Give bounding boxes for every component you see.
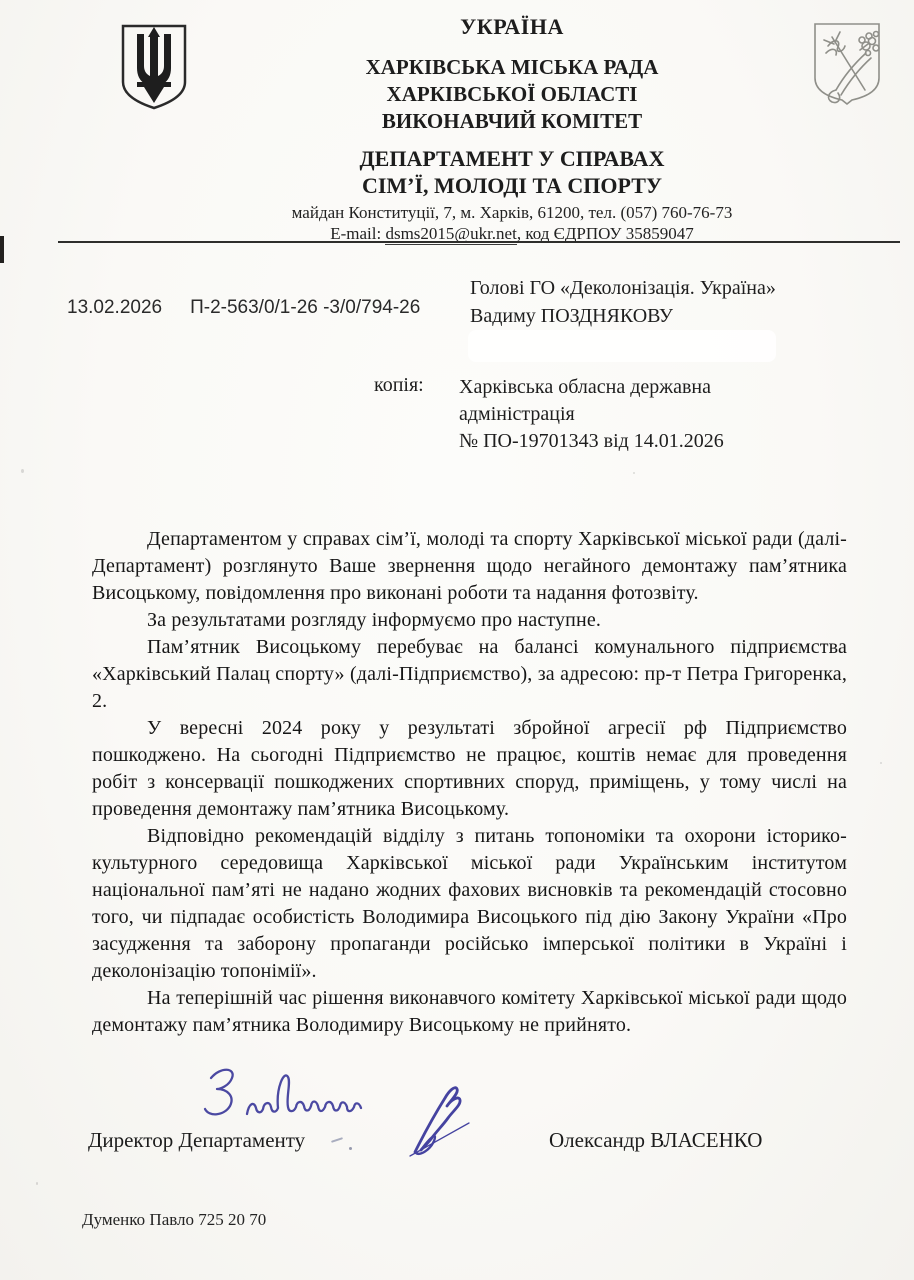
redacted-address-box	[468, 330, 776, 362]
scan-artifact	[36, 1182, 38, 1185]
body-paragraph: У вересні 2024 року у результаті збройно…	[92, 715, 847, 823]
reference-line: 13.02.2026П-2-563/0/1-26 -3/0/794-26	[67, 297, 420, 319]
recipient-name: Вадиму ПОЗДНЯКОВУ	[470, 302, 776, 330]
scan-artifact	[633, 472, 635, 474]
scanned-letter-page: УКРАЇНА ХАРКІВСЬКА МІСЬКА РАДА ХАРКІВСЬК…	[0, 0, 914, 1280]
oblast-name: ХАРКІВСЬКОЇ ОБЛАСТІ	[162, 81, 862, 108]
signer-position: Директор Департаменту	[88, 1128, 305, 1153]
executor-contact: Думенко Павло 725 20 70	[82, 1210, 266, 1230]
body-paragraph: За результатами розгляду інформуємо про …	[92, 607, 847, 634]
executive-committee: ВИКОНАВЧИЙ КОМІТЕТ	[162, 108, 862, 135]
address-line: майдан Конституції, 7, м. Харків, 61200,…	[162, 202, 862, 223]
copy-recipient-line: адміністрація	[459, 401, 724, 428]
copy-recipient-block: Харківська обласна державна адміністраці…	[459, 374, 724, 455]
scan-artifact	[21, 469, 24, 473]
recipient-block: Голові ГО «Деколонізація. Україна» Вадим…	[470, 274, 776, 330]
body-paragraph: Пам’ятник Висоцькому перебуває на баланс…	[92, 634, 847, 715]
scan-artifact	[0, 236, 4, 263]
signature-ink	[401, 1080, 477, 1160]
body-paragraph: Відповідно рекомендацій відділу з питань…	[92, 823, 847, 985]
letter-body: Департаментом у справах сім’ї, молоді та…	[92, 526, 847, 1039]
copy-label: копія:	[374, 374, 424, 397]
department-name-line2: СІМ’Ї, МОЛОДІ ТА СПОРТУ	[162, 172, 862, 199]
letterhead-divider	[58, 241, 900, 243]
country-name: УКРАЇНА	[162, 14, 862, 40]
body-paragraph: Департаментом у справах сім’ї, молоді та…	[92, 526, 847, 607]
signer-name: Олександр ВЛАСЕНКО	[549, 1128, 762, 1153]
scan-artifact	[880, 762, 882, 764]
pen-mark	[349, 1147, 352, 1150]
council-name: ХАРКІВСЬКА МІСЬКА РАДА	[162, 54, 862, 81]
copy-reference-number: № ПО-19701343 від 14.01.2026	[459, 428, 724, 455]
pen-mark	[331, 1137, 343, 1143]
handwritten-closing-ink	[183, 1062, 368, 1128]
letterhead: УКРАЇНА ХАРКІВСЬКА МІСЬКА РАДА ХАРКІВСЬК…	[162, 14, 862, 244]
letter-number: П-2-563/0/1-26 -3/0/794-26	[190, 297, 420, 318]
copy-recipient-line: Харківська обласна державна	[459, 374, 724, 401]
letter-date: 13.02.2026	[67, 297, 162, 318]
department-name-line1: ДЕПАРТАМЕНТ У СПРАВАХ	[162, 145, 862, 172]
recipient-title: Голові ГО «Деколонізація. Україна»	[470, 274, 776, 302]
body-paragraph: На теперішній час рішення виконавчого ко…	[92, 985, 847, 1039]
